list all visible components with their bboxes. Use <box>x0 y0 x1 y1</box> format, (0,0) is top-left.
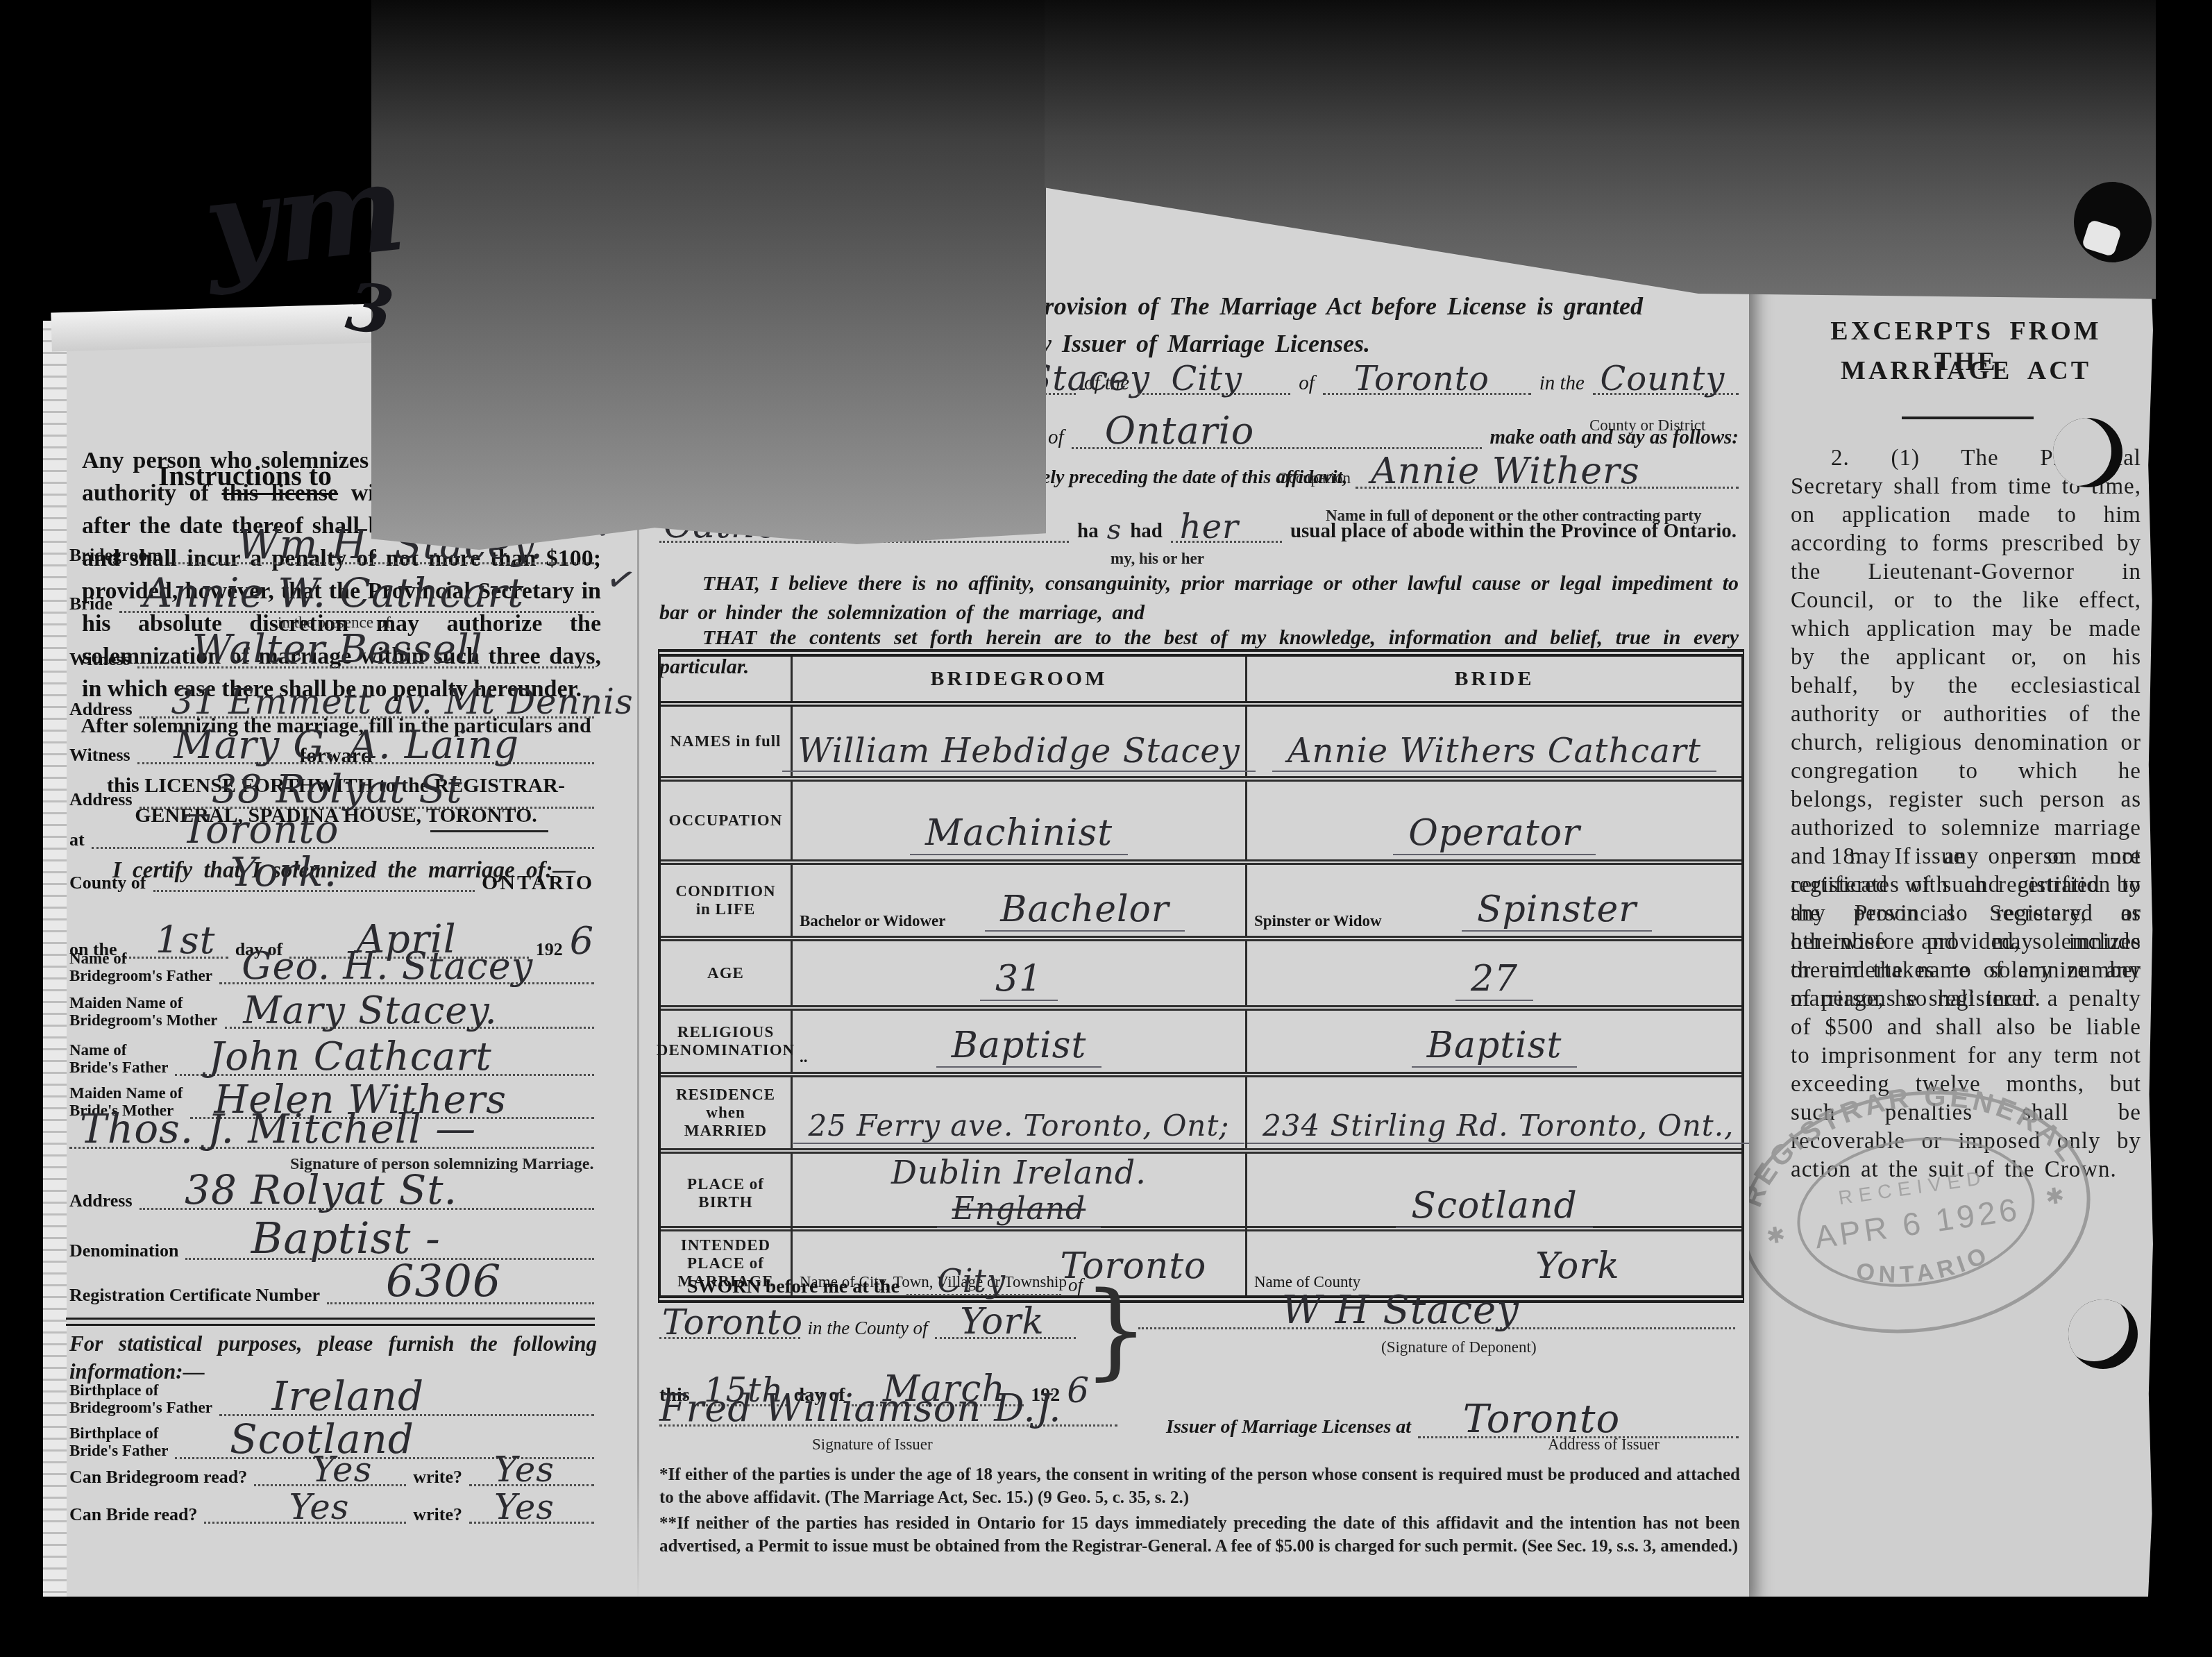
field-label: at <box>69 830 85 849</box>
bride-write-value: Yes <box>494 1487 555 1527</box>
field-birthplace-bridegroom-father: Birthplace ofBridegroom's Father Ireland <box>69 1381 594 1416</box>
title-rule <box>1902 417 2034 419</box>
row-label: RESIDENCE when MARRIED <box>661 1077 793 1148</box>
deponent-name-value: Annie Withers <box>1371 451 1639 492</box>
punch-hole-bottom <box>2068 1299 2138 1369</box>
birthplace-bridegroom-father-value: Ireland <box>272 1372 425 1420</box>
field-address-1: Address 31 Emmett av. Mt Dennis <box>69 700 594 718</box>
bride-residence: 234 Stirling Rd. Toronto, Ont., <box>1247 1109 1749 1144</box>
printed-text: in the County of <box>807 1318 927 1339</box>
field-bride: Bride Annie W. Cathcart <box>69 594 594 613</box>
excerpts-title-line2: MARRIAGE ACT <box>1791 355 2141 386</box>
double-rule <box>66 1318 595 1326</box>
row-label: NAMES in full <box>661 707 793 776</box>
field-label: Denomination <box>69 1241 178 1260</box>
deponent-signature-line: W H Stacey <box>1138 1319 1735 1329</box>
field-label: Bridegroom's Father <box>69 1399 212 1416</box>
table-header-row: BRIDEGROOM BRIDE <box>661 657 1741 707</box>
bridegroom-father-value: Geo. H. Stacey <box>242 944 533 988</box>
bride-name: Annie Withers Cathcart <box>1272 732 1716 772</box>
issuer-address-caption: Address of Issuer <box>1548 1436 1660 1454</box>
issuer-signature-value: Fred Williamson D.J. <box>659 1386 1061 1430</box>
field-label: Address <box>69 790 133 809</box>
deckled-left-edge <box>43 165 67 1605</box>
bridegroom-mother-value: Mary Stacey. <box>243 989 498 1032</box>
punch-hole-top <box>2053 418 2122 487</box>
has-s-value: s <box>1107 514 1122 546</box>
affidavit-that-paragraph-1: THAT, I believe there is no affinity, co… <box>659 569 1739 628</box>
sworn-line1: SWORN before me at the City of <box>687 1275 1083 1296</box>
field-label: Bridegroom <box>69 546 162 564</box>
field-registration-number: Registration Certificate Number 6306 <box>69 1286 594 1304</box>
table-row-birthplace: PLACE of BIRTH Dublin Ireland. England S… <box>661 1154 1741 1231</box>
field-county: County of York. ONTARIO <box>69 873 594 892</box>
bride-read-value: Yes <box>289 1487 350 1527</box>
para1-struck-words: this license <box>221 480 338 506</box>
ditto-mark: .. <box>800 1048 808 1066</box>
table-row-condition: CONDITION in LIFE Bachelor or WidowerBac… <box>661 865 1741 941</box>
bridegroom-birthplace-struck: England <box>937 1191 1101 1228</box>
field-label: Witness <box>69 650 130 668</box>
field-label: write? <box>413 1467 462 1486</box>
black-band-bottom <box>0 1597 2212 1657</box>
her-value: her <box>1180 507 1239 546</box>
town-value: Toronto <box>1354 360 1489 398</box>
punch-hole-strip <box>2074 182 2152 262</box>
bridegroom-religion: Baptist <box>936 1025 1102 1068</box>
province-value: Ontario <box>1105 409 1255 453</box>
field-label: Can Bridegroom read? <box>69 1467 247 1486</box>
field-label: Bride <box>69 594 112 613</box>
field-label: write? <box>413 1505 462 1524</box>
field-denomination: Denomination Baptist - <box>69 1241 594 1260</box>
field-can-bridegroom-read: Can Bridegroom read? Yes write? Yes <box>69 1467 594 1486</box>
bride-condition: Spinster <box>1462 889 1652 932</box>
printed-text: in the <box>1539 372 1585 395</box>
row-label: OCCUPATION <box>661 782 793 859</box>
witness2-value: Mary G. A. Laing <box>174 723 519 768</box>
bridegroom-birthplace: Dublin Ireland. <box>891 1154 1147 1191</box>
bridegroom-name: William Hebdidge Stacey <box>782 732 1256 772</box>
county-word-value: County <box>1601 360 1725 398</box>
printed-text: make oath and say as follows: <box>1490 426 1739 449</box>
table-row-names: NAMES in full William Hebdidge Stacey An… <box>661 707 1741 782</box>
field-label: Witness <box>69 746 130 764</box>
field-label: Can Bride read? <box>69 1505 197 1524</box>
issuer-signature-line: Fred Williamson D.J. <box>659 1416 1117 1427</box>
sworn-year-value: 6 <box>1067 1370 1090 1411</box>
field-label: Bride's Father <box>69 1442 168 1459</box>
table-row-residence: RESIDENCE when MARRIED 25 Ferry ave. Tor… <box>661 1077 1741 1154</box>
row-label: PLACE of BIRTH <box>661 1154 793 1232</box>
field-address-3: Address 38 Rolyat St. <box>69 1191 594 1210</box>
condition-options-label: Bachelor or Widower <box>800 912 945 930</box>
stamp-star-right: ✱ <box>2044 1182 2066 1209</box>
field-label: Bride's Father <box>69 1059 168 1076</box>
field-label: Registration Certificate Number <box>69 1286 320 1304</box>
address2-value: 38 Rolyat St <box>212 767 462 812</box>
row-label: RELIGIOUS DENOMINATION <box>661 1011 793 1072</box>
field-label: Maiden Name of <box>69 1084 183 1102</box>
bridegroom-bride-table: BRIDEGROOM BRIDE NAMES in full William H… <box>658 649 1744 1303</box>
solemnizer-signature-value: Thos. J. Mitchell — <box>80 1105 476 1152</box>
footnote-consent: *If either of the parties is under the a… <box>659 1463 1740 1509</box>
table-row-occupation: OCCUPATION Machinist Operator <box>661 782 1741 865</box>
field-label: County of <box>69 873 146 892</box>
black-band-right <box>2156 0 2212 1657</box>
svg-text:ONTARIO: ONTARIO <box>1851 1239 1997 1296</box>
printed-text: ha <box>1077 520 1099 543</box>
field-label: Bridegroom's Father <box>69 967 212 984</box>
excerpts-page: EXCERPTS FROM THE MARRIAGE ACT 2. (1) Th… <box>1687 106 2156 1604</box>
field-solemnizer-signature: Thos. J. Mitchell — <box>69 1138 594 1149</box>
bridegroom-occupation: Machinist <box>910 812 1128 855</box>
printed-text: SWORN before me at the <box>687 1277 900 1296</box>
sworn-line2: Toronto in the County of York <box>659 1318 1076 1339</box>
field-label: Maiden Name of <box>69 994 218 1011</box>
address3-value: 38 Rolyat St. <box>185 1166 457 1213</box>
sworn-town-value: Toronto <box>662 1302 803 1343</box>
condition-options-label: Spinster or Widow <box>1254 912 1382 930</box>
overlay-paper-block <box>371 0 1046 550</box>
address1-value: 31 Emmett av. Mt Dennis <box>171 682 633 722</box>
county-value: York. <box>230 848 337 895</box>
field-address-2: Address 38 Rolyat St <box>69 790 594 809</box>
field-label: Birthplace of <box>69 1381 212 1399</box>
witness1-value: Walter Bessell <box>192 627 483 672</box>
row-label: CONDITION in LIFE <box>661 865 793 936</box>
bride-name-value: Annie W. Cathcart <box>143 569 524 616</box>
field-bride-father: Name ofBride's Father John Cathcart <box>69 1041 594 1076</box>
field-label: Address <box>69 700 133 718</box>
intended-county-value: York <box>1535 1245 1619 1287</box>
field-witness-1: Witness Walter Bessell <box>69 650 594 668</box>
bridegroom-write-value: Yes <box>494 1449 555 1490</box>
stamp-arc-bottom-text: ONTARIO <box>1851 1239 1997 1296</box>
field-label: Name of <box>69 950 212 967</box>
printed-text: had <box>1130 520 1163 543</box>
printed-text: of <box>1068 1275 1083 1296</box>
bride-religion: Baptist <box>1412 1025 1578 1068</box>
table-row-age: AGE 31 27 <box>661 941 1741 1011</box>
bride-father-value: John Cathcart <box>209 1034 492 1079</box>
row-label: AGE <box>661 941 793 1005</box>
brace: } <box>1083 1270 1149 1391</box>
sworn-city-word: City <box>937 1262 1005 1299</box>
registrar-general-received-stamp: REGISTRAR GENERAL ONTARIO RECEIVED APR 6… <box>1711 1050 2120 1370</box>
deponent-signature-caption: (Signature of Deponent) <box>1381 1338 1537 1356</box>
bridegroom-read-value: Yes <box>312 1449 372 1490</box>
field-label: Bridegroom's Mother <box>69 1011 218 1029</box>
bride-birthplace: Scotland <box>1396 1185 1592 1228</box>
field-witness-2: Witness Mary G. A. Laing <box>69 746 594 764</box>
married-at-value: Toronto <box>182 807 339 852</box>
field-label: Address <box>69 1191 133 1210</box>
table-row-religion: RELIGIOUS DENOMINATION ..Baptist Baptist <box>661 1011 1741 1077</box>
bridegroom-column-header: BRIDEGROOM <box>793 657 1247 701</box>
field-label: Name of <box>69 1041 168 1059</box>
province-label: ONTARIO <box>482 873 594 892</box>
field-bridegroom-father: Name ofBridegroom's Father Geo. H. Stace… <box>69 950 594 984</box>
deponent-signature-value: W H Stacey <box>1281 1288 1519 1333</box>
field-bridegroom: Bridegroom Wm H. Stacey. <box>69 546 594 564</box>
field-at: at Toronto <box>69 830 594 849</box>
city-word-value: City <box>1172 360 1242 398</box>
field-can-bride-read: Can Bride read? Yes write? Yes <box>69 1505 594 1524</box>
printed-text: Issuer of Marriage Licenses at <box>1166 1416 1411 1438</box>
bride-occupation: Operator <box>1393 812 1596 855</box>
bridegroom-residence: 25 Ferry ave. Toronto, Ont; <box>793 1109 1245 1144</box>
registration-number-value: 6306 <box>386 1256 502 1308</box>
printed-text: usual place of abode within the Province… <box>1290 520 1737 543</box>
printed-text: of <box>1299 372 1315 395</box>
bride-age: 27 <box>1455 958 1533 1001</box>
footnote-permit: **If neither of the parties has resided … <box>659 1512 1740 1558</box>
my-his-her-caption: my, his or her <box>1111 550 1204 568</box>
issuer-signature-caption: Signature of Issuer <box>812 1436 933 1454</box>
stamp-star-left: ✱ <box>1765 1222 1787 1249</box>
bridegroom-condition: Bachelor <box>985 889 1184 932</box>
bridegroom-age: 31 <box>980 958 1058 1001</box>
field-label: Birthplace of <box>69 1424 168 1442</box>
sworn-county-value: York <box>960 1301 1044 1343</box>
bride-column-header: BRIDE <box>1247 657 1741 701</box>
field-bridegroom-mother: Maiden Name ofBridegroom's Mother Mary S… <box>69 994 594 1029</box>
